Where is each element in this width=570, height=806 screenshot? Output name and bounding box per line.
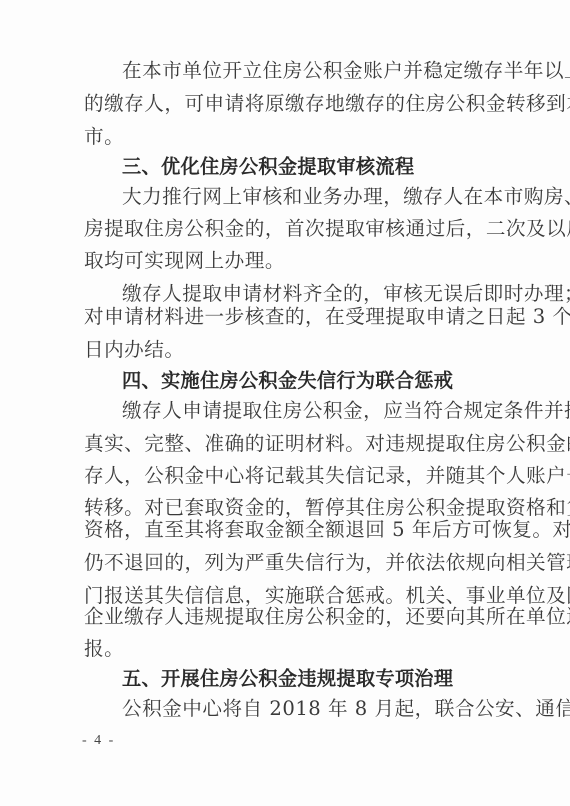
section-heading-5: 五、开展住房公积金违规提取专项治理	[122, 668, 492, 690]
paragraph-line: 的缴存人，可申请将原缴存地缴存的住房公积金转移到本	[84, 93, 454, 115]
paragraph-line: 缴存人提取申请材料齐全的，审核无误后即时办理；需	[122, 283, 492, 305]
section-heading-4: 四、实施住房公积金失信行为联合惩戒	[122, 370, 492, 392]
paragraph-line: 取均可实现网上办理。	[84, 250, 454, 272]
document-page: 在本市单位开立住房公积金账户并稳定缴存半年以上 的缴存人，可申请将原缴存地缴存的…	[0, 0, 570, 806]
paragraph-line: 房提取住房公积金的，首次提取审核通过后，二次及以后提	[84, 218, 454, 240]
paragraph-line: 仍不退回的，列为严重失信行为，并依法依规向相关管理部	[84, 552, 454, 574]
page-number: - 4 -	[82, 733, 115, 749]
paragraph-line: 市。	[84, 126, 454, 148]
section-heading-3: 三、优化住房公积金提取审核流程	[122, 156, 492, 178]
paragraph-line: 转移。对已套取资金的，暂停其住房公积金提取资格和贷款	[84, 497, 454, 519]
paragraph-line: 缴存人申请提取住房公积金，应当符合规定条件并提交	[122, 400, 492, 422]
paragraph-line: 真实、完整、准确的证明材料。对违规提取住房公积金的缴	[84, 433, 454, 455]
paragraph-line: 门报送其失信信息，实施联合惩戒。机关、事业单位及国有	[84, 585, 454, 607]
paragraph-line: 在本市单位开立住房公积金账户并稳定缴存半年以上	[122, 60, 492, 82]
paragraph-line: 报。	[84, 638, 454, 660]
paragraph-line: 大力推行网上审核和业务办理，缴存人在本市购房、租	[122, 186, 492, 208]
paragraph-line: 对申请材料进一步核查的，在受理提取申请之日起 3 个工作	[84, 306, 454, 328]
paragraph-line: 日内办结。	[84, 339, 454, 361]
paragraph-line: 公积金中心将自 2018 年 8 月起，联合公安、通信、城	[122, 698, 492, 720]
paragraph-line: 资格，直至其将套取金额全额退回 5 年后方可恢复。对逾期	[84, 519, 454, 541]
paragraph-line: 存人，公积金中心将记载其失信记录，并随其个人账户一并	[84, 465, 454, 487]
paragraph-line: 企业缴存人违规提取住房公积金的，还要向其所在单位通	[84, 606, 454, 628]
